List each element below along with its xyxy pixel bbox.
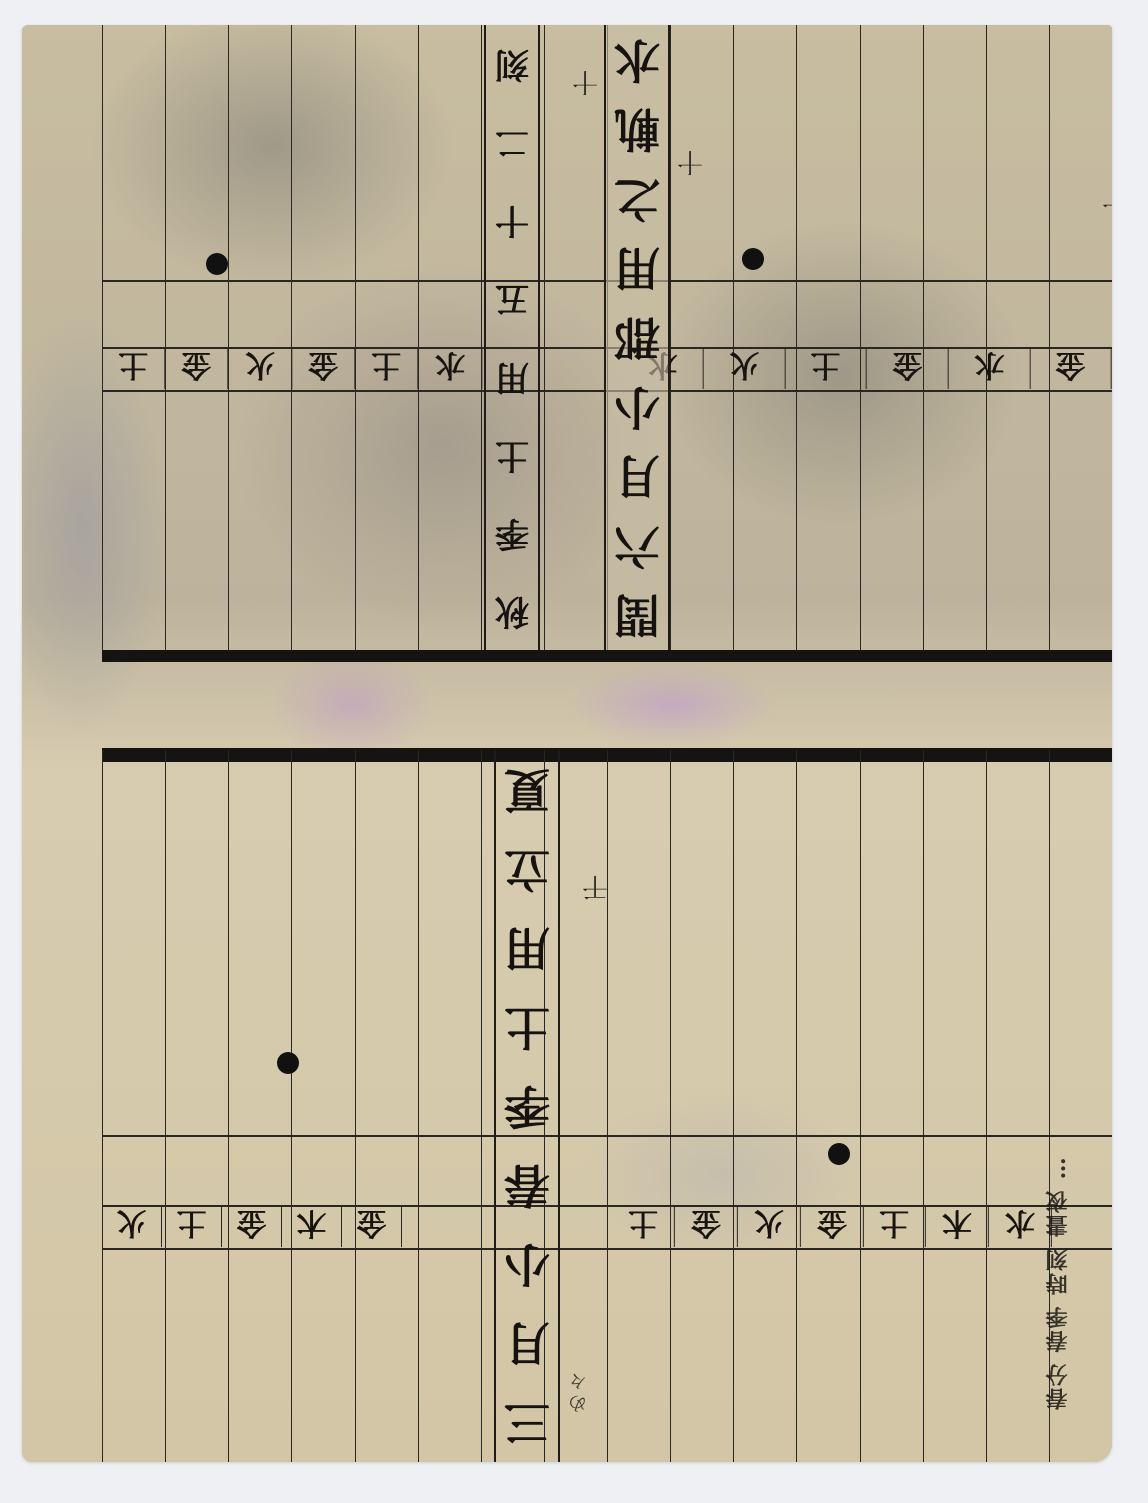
bottom-element-row-left: 金 木 金 土 火 bbox=[102, 1205, 402, 1247]
title-char: 月 bbox=[614, 453, 660, 499]
bottom-panel: 水 木 土 金 火 金 土 金 木 金 土 火 三 月 小 春 季 土 用 立 … bbox=[102, 750, 1112, 1462]
title-char: 閏 bbox=[614, 592, 660, 638]
title-char: 季 bbox=[495, 516, 529, 550]
cross-mark: 十 bbox=[1102, 185, 1112, 222]
title-char: 用 bbox=[504, 925, 550, 971]
element-char: 木 bbox=[926, 1205, 989, 1247]
title-char: 秋 bbox=[495, 594, 529, 628]
title-char: 十 bbox=[495, 203, 529, 237]
title-char: 水 bbox=[614, 37, 660, 83]
cross-mark: 十 bbox=[572, 65, 598, 102]
top-title-column-right: 閏 六 月 小 郡 用 之 軌 水 bbox=[604, 25, 670, 650]
element-char: 水 bbox=[949, 347, 1031, 389]
title-char: 夏 bbox=[504, 767, 550, 813]
title-char: 之 bbox=[614, 176, 660, 222]
element-char: 木 bbox=[282, 1205, 342, 1247]
divider-band-top bbox=[102, 650, 1112, 662]
element-char: 土 bbox=[355, 347, 418, 389]
top-element-row-left: 水 土 金 火 金 土 bbox=[102, 347, 482, 389]
element-char: 金 bbox=[1030, 347, 1112, 389]
title-char: 土 bbox=[504, 1004, 550, 1050]
bottom-column-grid bbox=[102, 750, 1112, 1462]
element-char: 金 bbox=[292, 347, 355, 389]
title-char: 用 bbox=[614, 245, 660, 291]
element-char: 金 bbox=[867, 347, 949, 389]
bottom-element-row-right: 水 木 土 金 火 金 土 bbox=[612, 1205, 1052, 1247]
element-char: 火 bbox=[102, 1205, 162, 1247]
element-char: 火 bbox=[704, 347, 786, 389]
bullet-dot bbox=[206, 253, 228, 275]
element-char: 土 bbox=[785, 347, 867, 389]
title-char: 軌 bbox=[614, 106, 660, 152]
element-char: 火 bbox=[738, 1205, 801, 1247]
title-char: 三 bbox=[504, 1399, 550, 1445]
title-char: 季 bbox=[504, 1083, 550, 1129]
bottom-title-column: 三 月 小 春 季 土 用 立 夏 bbox=[494, 750, 560, 1462]
title-char: 六 bbox=[614, 523, 660, 569]
element-char: 土 bbox=[162, 1205, 222, 1247]
title-char: 郡 bbox=[614, 315, 660, 361]
top-element-row-right: 金 水 金 土 火 水 bbox=[622, 347, 1112, 389]
element-char: 土 bbox=[102, 347, 165, 389]
title-char: 月 bbox=[504, 1320, 550, 1366]
element-char: 金 bbox=[165, 347, 228, 389]
small-mark: 干 bbox=[582, 870, 608, 907]
top-panel: 金 水 金 土 火 水 水 土 金 火 金 土 閏 六 月 小 郡 用 之 軌 … bbox=[102, 25, 1112, 650]
bullet-dot bbox=[742, 248, 764, 270]
cross-mark: 十 bbox=[677, 145, 703, 182]
bottom-row-divider bbox=[102, 1248, 1112, 1250]
marginal-note: め々 bbox=[564, 1370, 593, 1414]
element-char: 金 bbox=[342, 1205, 402, 1247]
element-char: 金 bbox=[222, 1205, 282, 1247]
dense-text-column: 春分 春季 時刻 晝夜 … bbox=[1042, 770, 1073, 1410]
element-char: 火 bbox=[229, 347, 292, 389]
title-char: 春 bbox=[504, 1162, 550, 1208]
element-char: 金 bbox=[675, 1205, 738, 1247]
title-char: 立 bbox=[504, 846, 550, 892]
top-title-column-left: 秋 季 土 用 五 十 二 刻 bbox=[484, 25, 540, 650]
element-char: 金 bbox=[801, 1205, 864, 1247]
element-char: 水 bbox=[419, 347, 482, 389]
title-char: 二 bbox=[495, 125, 529, 159]
element-char: 土 bbox=[612, 1205, 675, 1247]
title-char: 五 bbox=[495, 281, 529, 315]
title-char: 小 bbox=[504, 1241, 550, 1287]
title-char: 用 bbox=[495, 360, 529, 394]
almanac-sheet: 金 水 金 土 火 水 水 土 金 火 金 土 閏 六 月 小 郡 用 之 軌 … bbox=[22, 25, 1112, 1462]
bottom-row-divider bbox=[102, 1135, 1112, 1137]
bullet-dot bbox=[828, 1143, 850, 1165]
title-char: 土 bbox=[495, 438, 529, 472]
title-char: 刻 bbox=[495, 47, 529, 81]
element-char: 土 bbox=[863, 1205, 926, 1247]
bullet-dot bbox=[277, 1052, 299, 1074]
title-char: 小 bbox=[614, 384, 660, 430]
